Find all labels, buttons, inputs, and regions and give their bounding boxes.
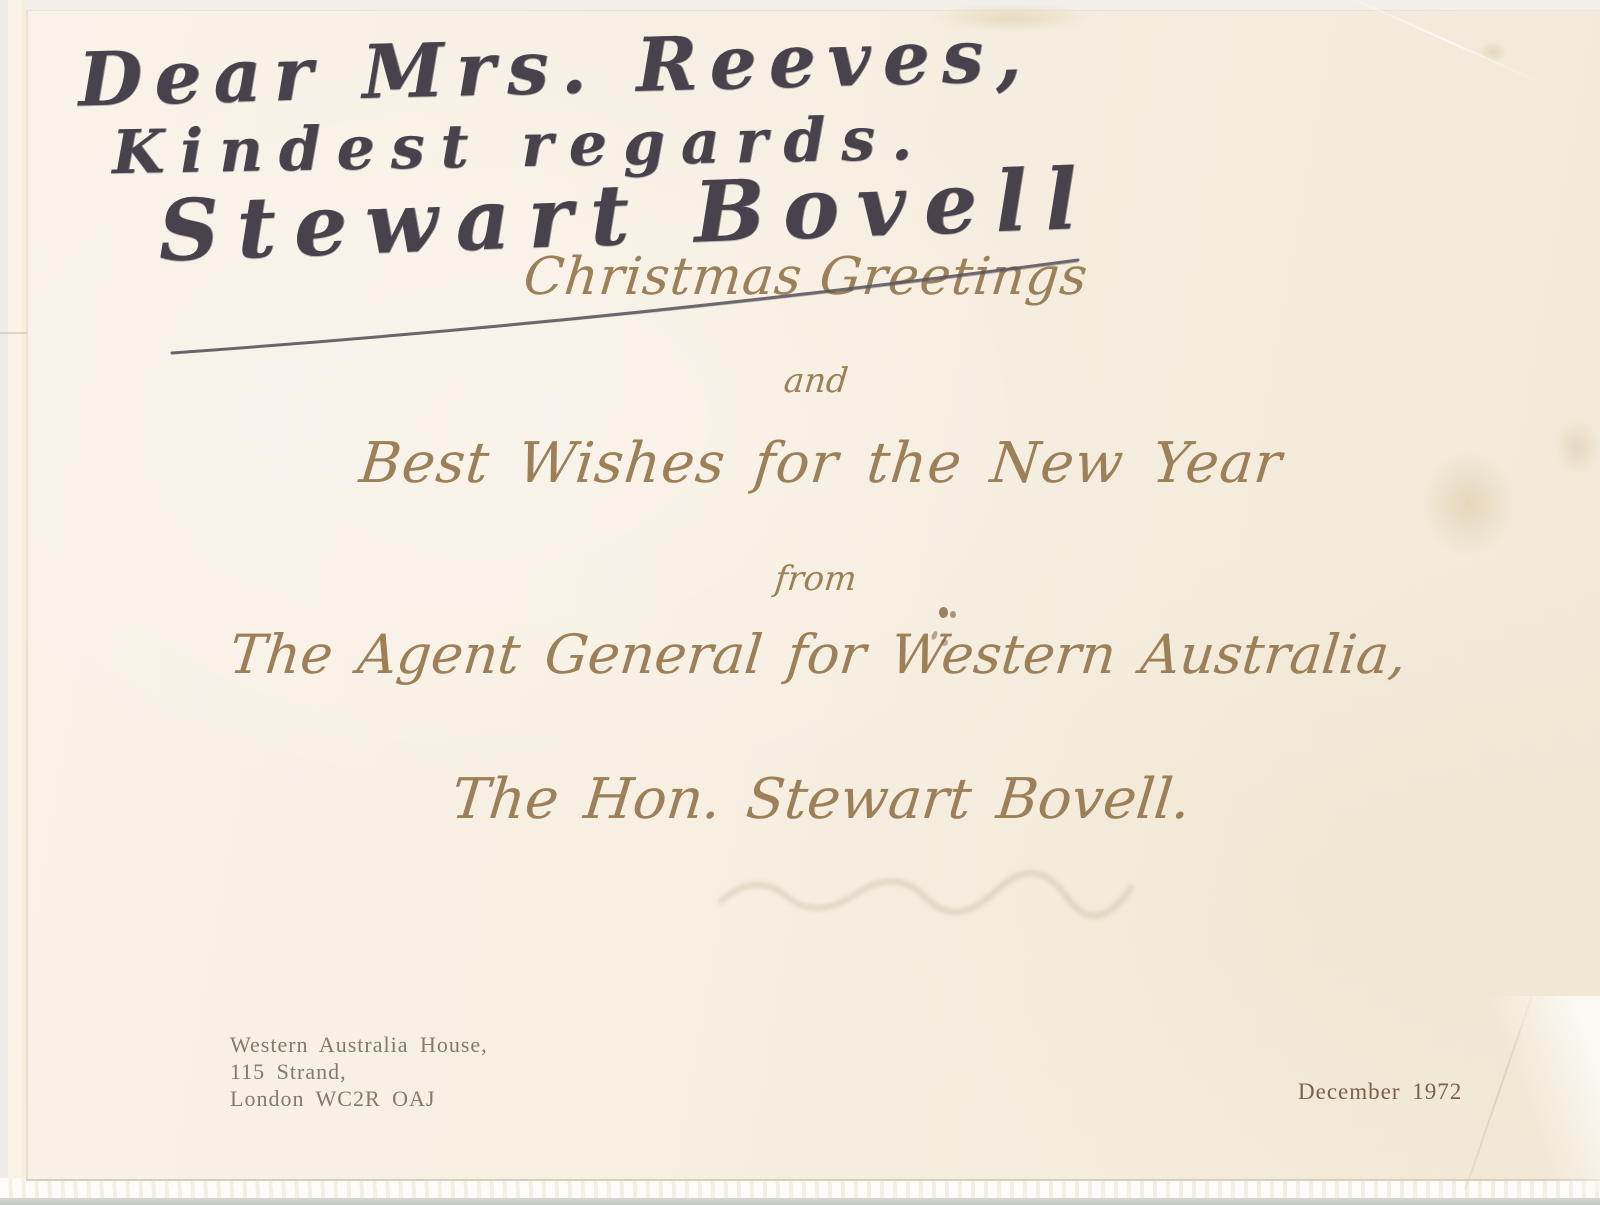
curled-corner-highlight (1456, 996, 1600, 1191)
card-date: December 1972 (1298, 1079, 1462, 1105)
backing-paper-left-edge (0, 0, 26, 1205)
sender-title-line: The Agent General for Western Australia, (26, 623, 1600, 686)
scanner-bed-edge (0, 1198, 1600, 1205)
card-front: Dear Mrs. Reeves, Kindest regards. Stewa… (26, 10, 1600, 1181)
ink-showthrough-artifact (716, 856, 1136, 926)
address-line-1: Western Australia House, (230, 1031, 488, 1058)
ink-blot (950, 611, 956, 618)
from-line: from (26, 559, 1600, 599)
new-year-wish-line: Best Wishes for the New Year (26, 431, 1600, 496)
ink-blot (939, 607, 948, 618)
address-line-3: London WC2R OAJ (230, 1085, 488, 1112)
sender-address-block: Western Australia House, 115 Strand, Lon… (230, 1031, 488, 1112)
scanned-greeting-card: Dear Mrs. Reeves, Kindest regards. Stewa… (0, 0, 1600, 1205)
sender-name-line: The Hon. Stewart Bovell. (26, 767, 1600, 832)
christmas-greetings-text: Christmas Greetings (521, 247, 1091, 307)
paper-stain (1478, 41, 1508, 63)
conjunction-line: and (26, 361, 1600, 401)
address-line-2: 115 Strand, (230, 1058, 488, 1085)
greeting-line-struck: Christmas Greetings (26, 247, 1586, 307)
paper-crease (1326, 0, 1555, 90)
